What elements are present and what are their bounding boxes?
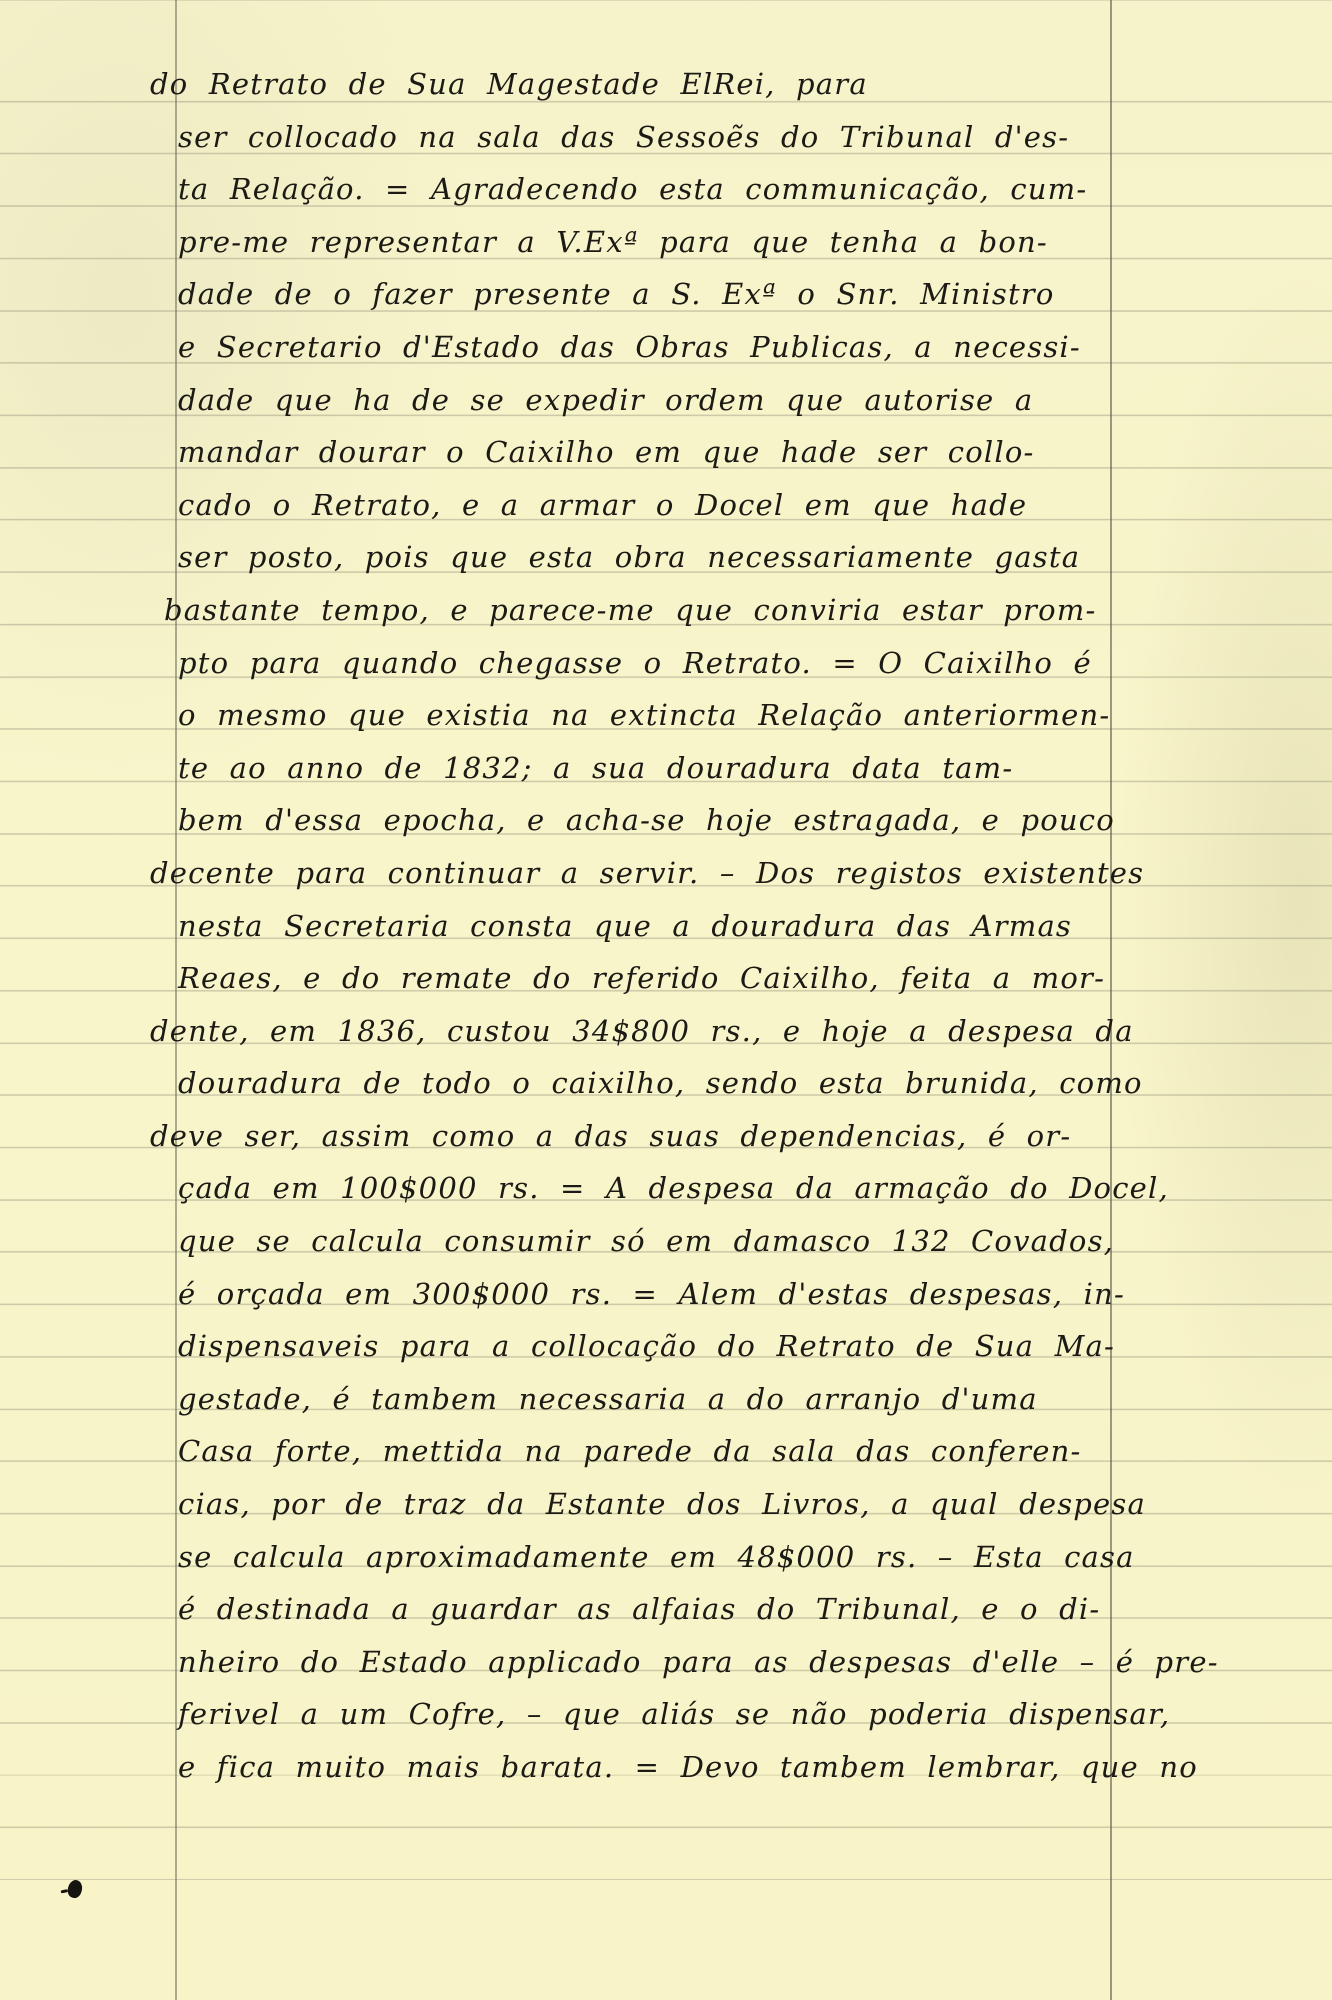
text-line: cado o Retrato, e a armar o Docel em que…: [150, 479, 1110, 532]
text-line: douradura de todo o caixilho, sendo esta…: [150, 1057, 1110, 1110]
text-line: gestade, é tambem necessaria a do arranj…: [150, 1373, 1110, 1426]
text-line: cias, por de traz da Estante dos Livros,…: [150, 1478, 1110, 1531]
text-line: dade que ha de se expedir ordem que auto…: [150, 374, 1110, 427]
text-line: ferivel a um Cofre, – que aliás se não p…: [150, 1688, 1110, 1741]
text-line: ser posto, pois que esta obra necessaria…: [150, 531, 1110, 584]
text-line: mandar dourar o Caixilho em que hade ser…: [150, 426, 1110, 479]
text-line: o mesmo que existia na extincta Relação …: [150, 689, 1110, 742]
text-line: ta Relação. = Agradecendo esta communica…: [150, 163, 1110, 216]
text-line: te ao anno de 1832; a sua douradura data…: [150, 742, 1110, 795]
text-line: deve ser, assim como a das suas dependen…: [150, 1110, 1110, 1163]
text-line: é destinada a guardar as alfaias do Trib…: [150, 1583, 1110, 1636]
manuscript-page: do Retrato de Sua Magestade ElRei, para …: [0, 0, 1332, 2000]
text-line: e Secretario d'Estado das Obras Publicas…: [150, 321, 1110, 374]
text-line: nheiro do Estado applicado para as despe…: [150, 1636, 1110, 1689]
text-line: é orçada em 300$000 rs. = Alem d'estas d…: [150, 1268, 1110, 1321]
ink-blot: [66, 1878, 85, 1899]
text-line: do Retrato de Sua Magestade ElRei, para: [150, 58, 1110, 111]
text-line: se calcula aproximadamente em 48$000 rs.…: [150, 1531, 1110, 1584]
text-line: ser collocado na sala das Sessoẽs do Tri…: [150, 111, 1110, 164]
text-line: decente para continuar a servir. – Dos r…: [150, 847, 1110, 900]
text-line: Reaes, e do remate do referido Caixilho,…: [150, 952, 1110, 1005]
text-line: çada em 100$000 rs. = A despesa da armaç…: [150, 1162, 1110, 1215]
handwritten-text-block: do Retrato de Sua Magestade ElRei, para …: [150, 58, 1110, 1794]
text-line: dade de o fazer presente a S. Exª o Snr.…: [150, 268, 1110, 321]
text-line: pto para quando chegasse o Retrato. = O …: [150, 637, 1110, 690]
text-line: dispensaveis para a collocação do Retrat…: [150, 1320, 1110, 1373]
text-line: Casa forte, mettida na parede da sala da…: [150, 1425, 1110, 1478]
text-line: dente, em 1836, custou 34$800 rs., e hoj…: [150, 1005, 1110, 1058]
text-line: que se calcula consumir só em damasco 13…: [150, 1215, 1110, 1268]
text-line: e fica muito mais barata. = Devo tambem …: [150, 1741, 1110, 1794]
text-line: pre-me representar a V.Exª para que tenh…: [150, 216, 1110, 269]
text-line: bem d'essa epocha, e acha-se hoje estrag…: [150, 794, 1110, 847]
text-line: nesta Secretaria consta que a douradura …: [150, 900, 1110, 953]
text-line: bastante tempo, e parece-me que conviria…: [150, 584, 1110, 637]
